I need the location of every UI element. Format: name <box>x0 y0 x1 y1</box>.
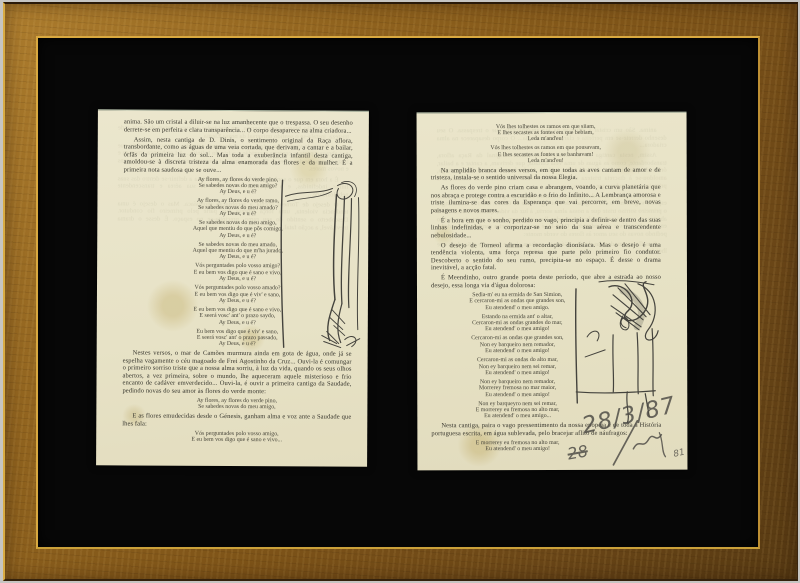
verse-line: E eu bem vos digo que é sano e vivo... <box>122 436 351 444</box>
paragraph: Nestes versos, o mar de Camões murmura a… <box>122 350 351 396</box>
paragraph: O desejo de Torneol afirma a recordação … <box>431 242 661 273</box>
book-page-right: anima. São um cristal a diluir-se na luz… <box>417 112 688 471</box>
crossed-out-number: 28 <box>566 441 589 463</box>
handwritten-inscription: 28/3/87 28 81 <box>567 403 687 471</box>
paragraph: Na amplidão branca desses versos, em que… <box>431 167 661 183</box>
framed-artwork-photo: Na amplidão branca desses versos, em que… <box>0 0 800 583</box>
artist-signature-scribble <box>603 417 669 471</box>
paragraph: anima. São um cristal a diluir-se na luz… <box>124 118 353 134</box>
book-page-left: Na amplidão branca desses versos, em que… <box>96 109 369 466</box>
paragraph: As flores do verde pino criam casa e abr… <box>431 184 661 215</box>
verse-stanza: Vós lhes tolhestes os ramos em que pousa… <box>431 145 661 165</box>
verse-stanza: Vós perguntades polo vosso amigo,E eu be… <box>122 430 351 444</box>
verse-line: Leda m'and'eu! <box>431 158 661 165</box>
verse-line: Leda m'and'eu! <box>431 136 661 143</box>
verse-line: Se sabedes novas do meu amigo, <box>122 404 351 412</box>
paragraph: E as flores emudecidas desde o Génesis, … <box>122 412 351 428</box>
handwritten-year: 81 <box>673 448 686 460</box>
pencil-figure-sketch-left <box>275 177 368 349</box>
paragraph: Assim, nesta cantiga de D. Dinis, o sent… <box>124 136 353 175</box>
paragraph: É a hora em que o sonho, perdido no vago… <box>431 217 661 240</box>
verse-stanza: Ay flores, ay flores do verde pino,Se sa… <box>122 397 351 411</box>
verse-stanza: Vós lhes tolhestes os ramos em que siiam… <box>431 123 661 143</box>
